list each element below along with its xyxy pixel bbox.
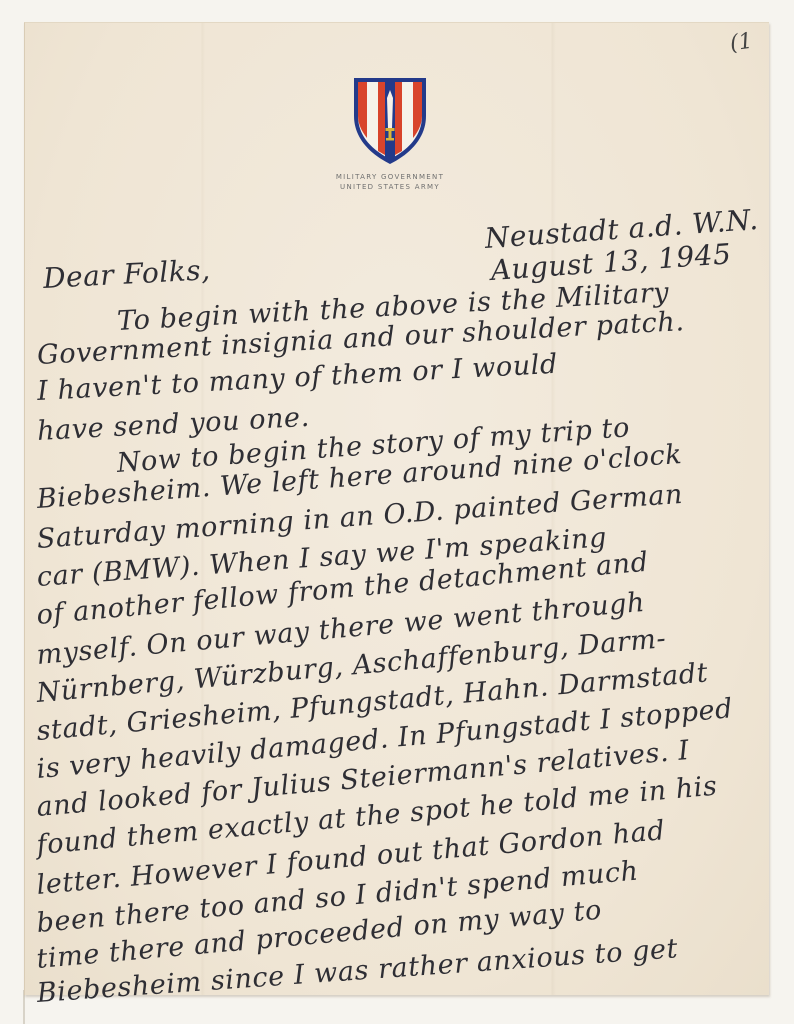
page-number: (1 <box>728 29 754 57</box>
letterhead-line-1: MILITARY GOVERNMENT <box>300 172 480 182</box>
letterhead-line-2: UNITED STATES ARMY <box>300 182 480 192</box>
mount-edge <box>23 990 25 1024</box>
letterhead-text: MILITARY GOVERNMENT UNITED STATES ARMY <box>300 172 480 192</box>
military-government-shield-icon <box>352 76 428 166</box>
